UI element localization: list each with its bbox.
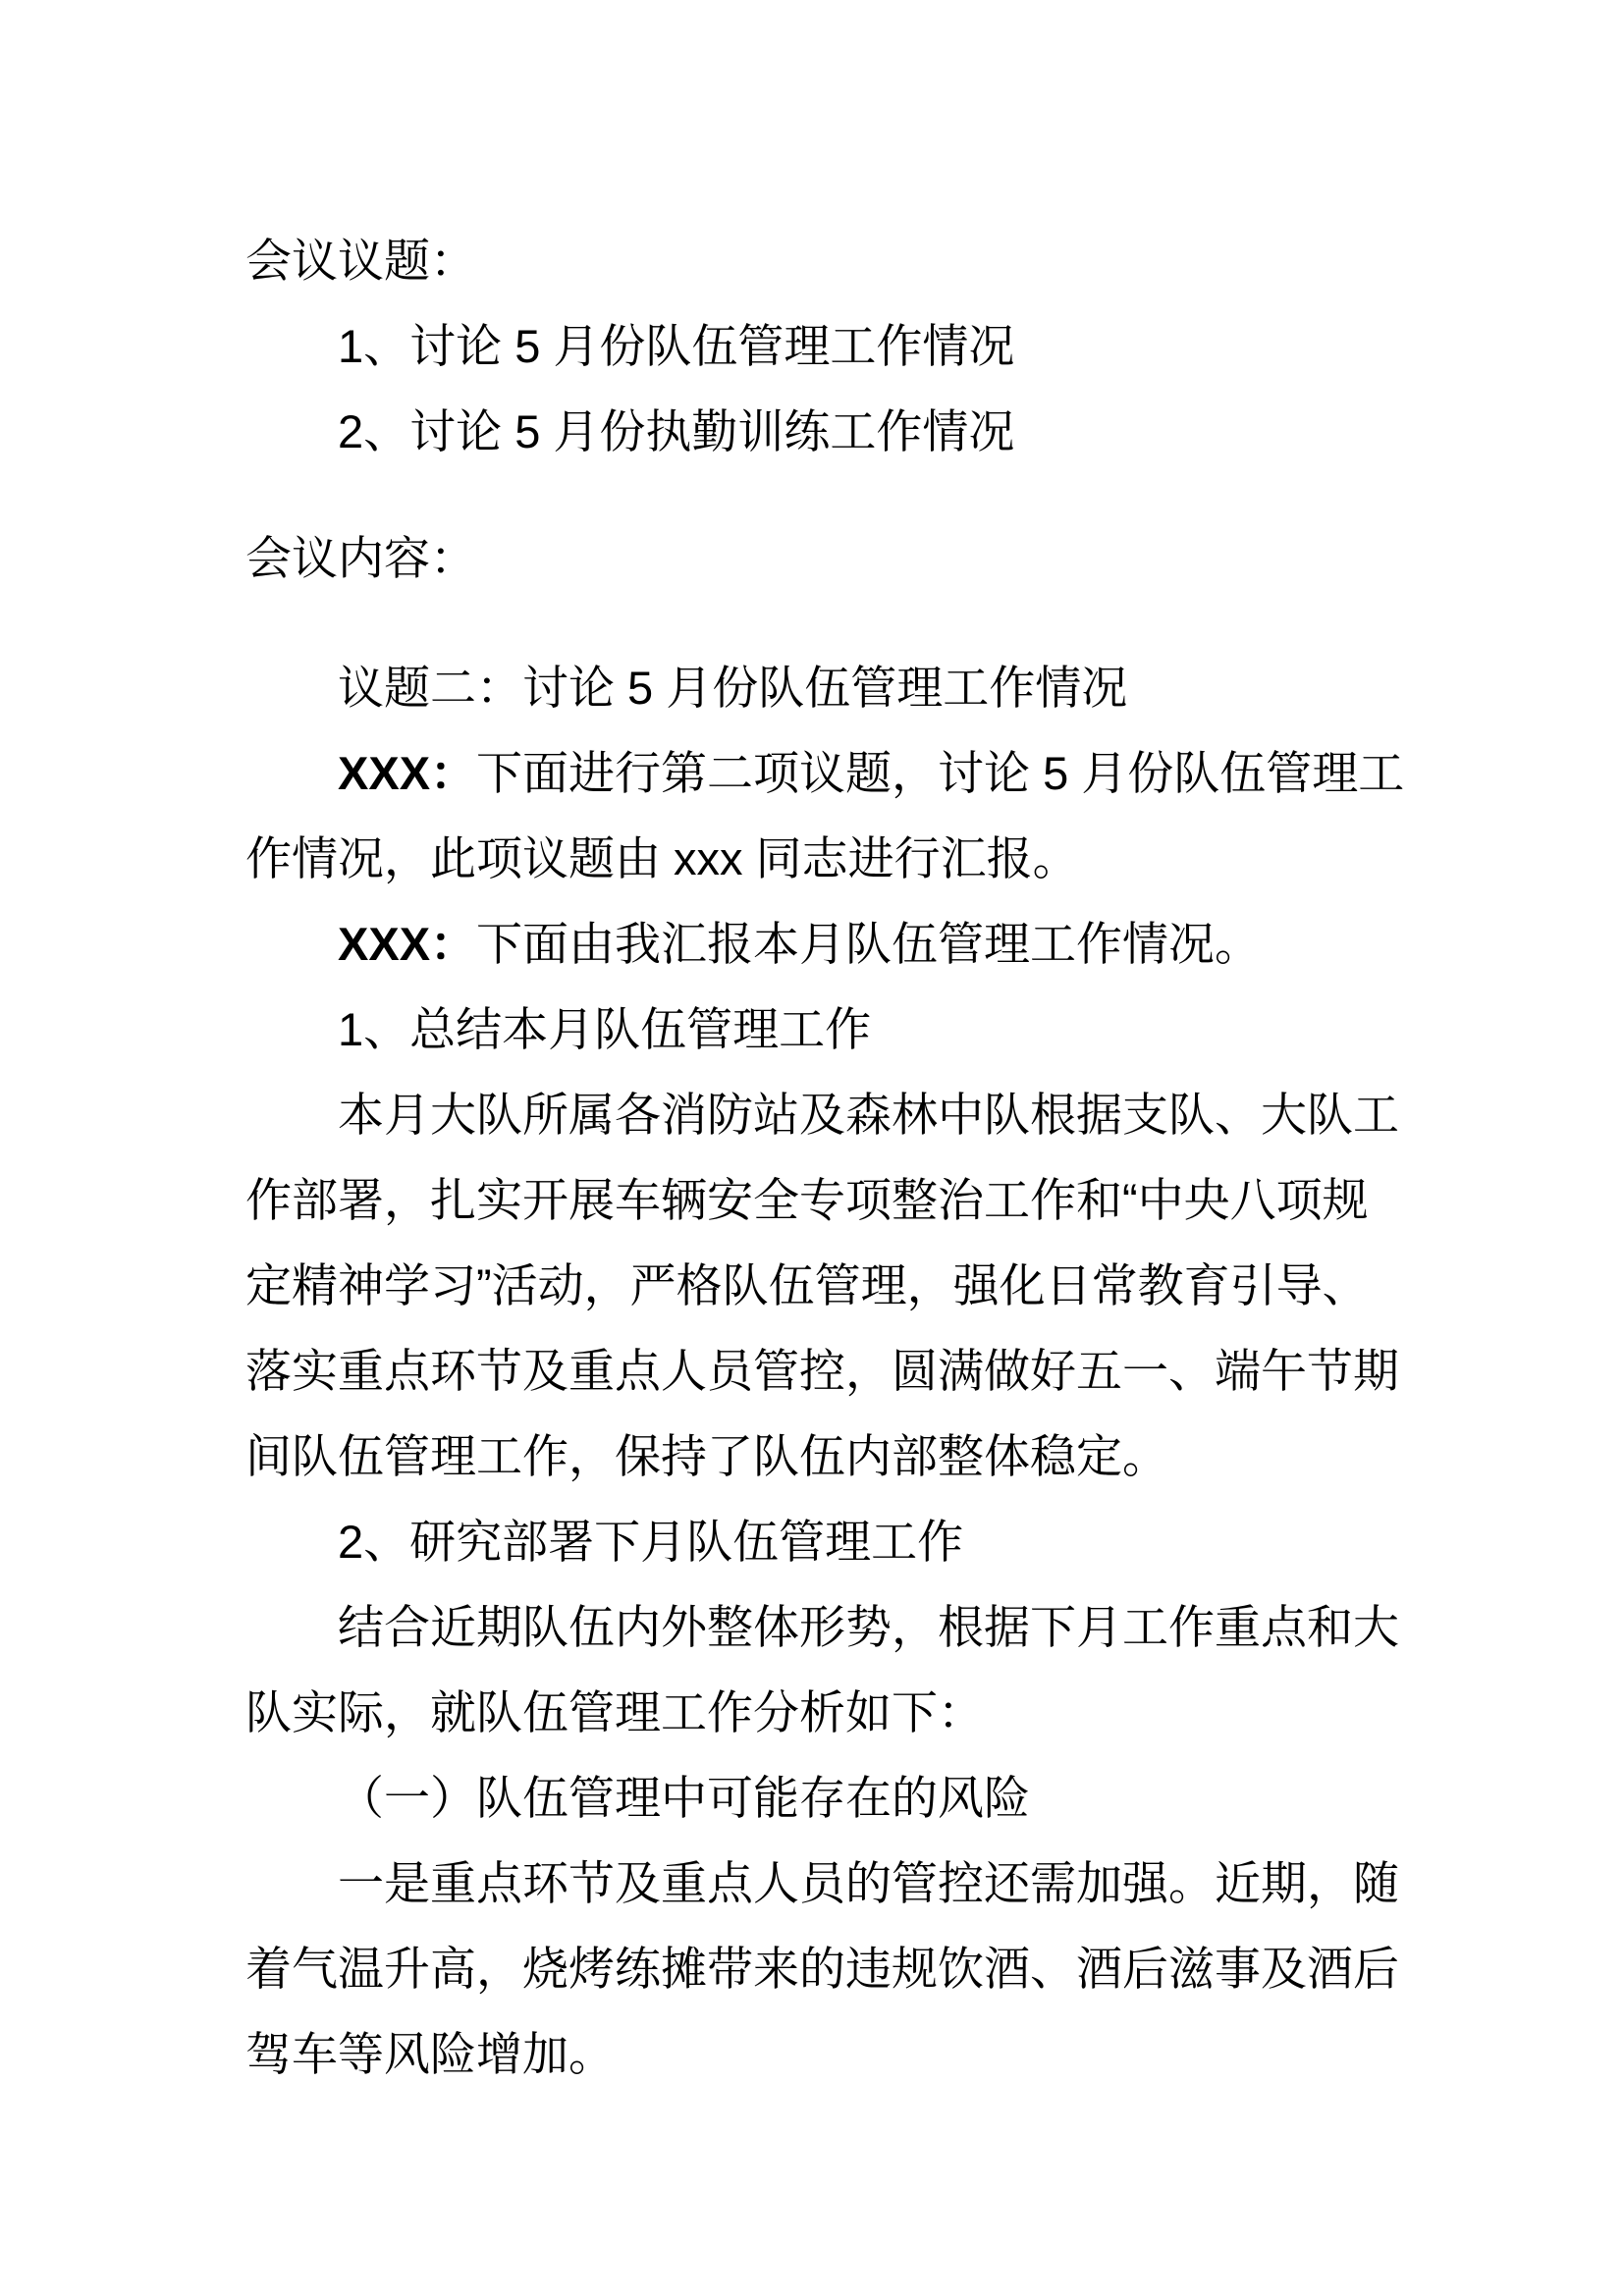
line-text: 间队伍管理工作，保持了队伍内部整体稳定。 [245,1430,1168,1482]
line-text: 2、研究部署下月队伍管理工作 [338,1516,963,1568]
line-text: （一）队伍管理中可能存在的风险 [338,1772,1030,1824]
paragraph-line: 本月大队所属各消防站及森林中队根据支队、大队工 [245,1072,1434,1157]
speaker-line-continuation: 作情况，此项议题由 xxx 同志进行汇报。 [245,816,1434,901]
line-text: 本月大队所属各消防站及森林中队根据支队、大队工 [338,1089,1399,1141]
paragraph-line: 着气温升高，烧烤练摊带来的违规饮酒、酒后滋事及酒后 [245,1926,1434,2011]
line-text: 作情况，此项议题由 xxx 同志进行汇报。 [245,832,1079,884]
line-text: 定精神学习”活动，严格队伍管理，强化日常教育引导、 [245,1259,1369,1311]
document-body: 会议议题： 1、讨论 5 月份队伍管理工作情况 2、讨论 5 月份执勤训练工作情… [245,218,1434,2097]
topic-item-2: 2、讨论 5 月份执勤训练工作情况 [245,389,1434,474]
section-2-title: 2、研究部署下月队伍管理工作 [245,1499,1434,1584]
paragraph-line: 队实际，就队伍管理工作分析如下： [245,1670,1434,1755]
line-text: 下面进行第二项议题，讨论 5 月份队伍管理工 [476,747,1404,799]
topic-item-1: 1、讨论 5 月份队伍管理工作情况 [245,303,1434,389]
meeting-topics-heading: 会议议题： [245,218,1434,303]
line-text: 一是重点环节及重点人员的管控还需加强。近期，随 [338,1857,1399,1909]
agenda-item-2-title: 议题二：讨论 5 月份队伍管理工作情况 [245,645,1434,730]
line-text: 1、总结本月队伍管理工作 [338,1003,871,1055]
paragraph-line: 一是重点环节及重点人员的管控还需加强。近期，随 [245,1841,1434,1926]
spacer [245,474,1434,515]
line-text: 驾车等风险增加。 [245,2028,615,2080]
line-text: 结合近期队伍内外整体形势，根据下月工作重点和大 [338,1601,1399,1653]
line-text: 着气温升高，烧烤练摊带来的违规饮酒、酒后滋事及酒后 [245,1943,1399,1995]
line-text: 2、讨论 5 月份执勤训练工作情况 [338,405,1014,457]
speaker-label: XXX： [338,747,476,799]
paragraph-line: 驾车等风险增加。 [245,2011,1434,2097]
subsection-1-title: （一）队伍管理中可能存在的风险 [245,1755,1434,1841]
line-text: 下面由我汇报本月队伍管理工作情况。 [476,918,1261,970]
paragraph-line: 作部署，扎实开展车辆安全专项整治工作和“中央八项规 [245,1157,1434,1243]
line-text: 队实际，就队伍管理工作分析如下： [245,1686,984,1738]
speaker-label: XXX： [338,918,476,970]
line-text: 落实重点环节及重点人员管控，圆满做好五一、端午节期 [245,1345,1399,1397]
paragraph-line: 定精神学习”活动，严格队伍管理，强化日常教育引导、 [245,1243,1434,1328]
spacer [245,601,1434,645]
speaker-line: XXX：下面由我汇报本月队伍管理工作情况。 [245,901,1434,987]
line-text: 会议内容： [245,532,476,584]
line-text: 作部署，扎实开展车辆安全专项整治工作和“中央八项规 [245,1174,1369,1226]
speaker-line: XXX：下面进行第二项议题，讨论 5 月份队伍管理工 [245,730,1434,816]
paragraph-line: 落实重点环节及重点人员管控，圆满做好五一、端午节期 [245,1328,1434,1414]
line-text: 会议议题： [245,235,476,287]
section-1-title: 1、总结本月队伍管理工作 [245,987,1434,1072]
meeting-content-heading: 会议内容： [245,515,1434,601]
line-text: 1、讨论 5 月份队伍管理工作情况 [338,320,1014,372]
paragraph-line: 间队伍管理工作，保持了队伍内部整体稳定。 [245,1414,1434,1499]
line-text: 议题二：讨论 5 月份队伍管理工作情况 [338,662,1127,714]
paragraph-line: 结合近期队伍内外整体形势，根据下月工作重点和大 [245,1584,1434,1670]
document-page: 会议议题： 1、讨论 5 月份队伍管理工作情况 2、讨论 5 月份执勤训练工作情… [0,0,1623,2296]
